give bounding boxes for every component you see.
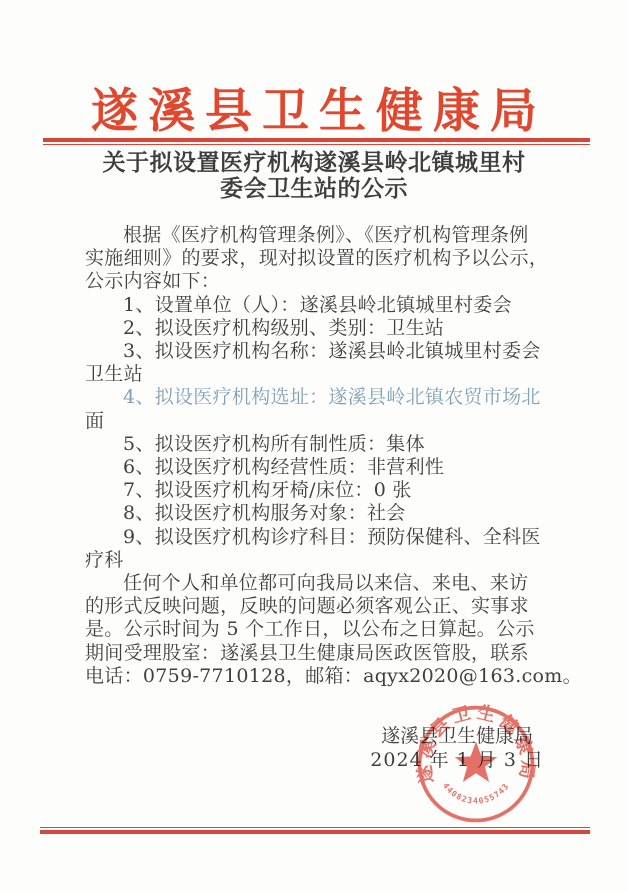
body-line: 是。公示时间为 5 个工作日，以公布之日算起。公示 [85,618,557,641]
letterhead-rule-thick [43,138,590,142]
body-line: 8、拟设医疗机构服务对象：社会 [85,502,557,525]
svg-text:4408234055743: 4408234055743 [441,781,511,805]
body-line: 面 [85,410,557,433]
body-line: 7、拟设医疗机构牙椅/床位：0 张 [85,479,557,502]
body-line: 1、设置单位（人）：遂溪县岭北镇城里村委会 [85,294,557,317]
notice-heading-line2: 委会卫生站的公示 [0,176,628,202]
notice-heading-line1: 关于拟设置医疗机构遂溪县岭北镇城里村 [0,150,628,176]
body-line: 疗科 [85,549,557,572]
body-line: 卫生站 [85,363,557,386]
body-line: 的形式反映问题，反映的问题必须客观公正、实事求 [85,595,557,618]
body-line: 实施细则》的要求，现对拟设置的医疗机构予以公示， [85,247,557,270]
body-line: 9、拟设医疗机构诊疗科目：预防保健科、全科医 [85,526,557,549]
body-line: 3、拟设医疗机构名称：遂溪县岭北镇城里村委会 [85,340,557,363]
body-line: 公示内容如下： [85,270,557,293]
body-line: 期间受理股室：遂溪县卫生健康局医政医管股，联系 [85,642,557,665]
notice-heading: 关于拟设置医疗机构遂溪县岭北镇城里村 委会卫生站的公示 [0,150,628,202]
body-line: 根据《医疗机构管理条例》、《医疗机构管理条例 [85,224,557,247]
signature-org: 遂溪县卫生健康局 [370,725,544,748]
footer-rule-thick [40,830,590,834]
body-line: 4、拟设医疗机构选址：遂溪县岭北镇农贸市场北 [85,386,557,409]
letterhead-rule-thin [43,144,590,145]
seal-code: 4408234055743 [441,781,511,805]
body-line: 5、拟设医疗机构所有制性质：集体 [85,433,557,456]
body-line: 6、拟设医疗机构经营性质：非营利性 [85,456,557,479]
signature-block: 遂溪县卫生健康局 2024 年 1 月 3 日 [370,725,544,772]
letterhead-org-title: 遂溪县卫生健康局 [0,74,628,141]
signature-date: 2024 年 1 月 3 日 [370,749,544,772]
notice-body: 根据《医疗机构管理条例》、《医疗机构管理条例 实施细则》的要求，现对拟设置的医疗… [85,224,557,688]
body-line: 任何个人和单位都可向我局以来信、来电、来访 [85,572,557,595]
document-page: 遂溪县卫生健康局 关于拟设置医疗机构遂溪县岭北镇城里村 委会卫生站的公示 根据《… [0,0,628,891]
body-line: 2、拟设医疗机构级别、类别：卫生站 [85,317,557,340]
body-line: 电话：0759-7710128，邮箱：aqyx2020@163.com。 [85,665,557,688]
footer-rule-thin [40,827,590,828]
